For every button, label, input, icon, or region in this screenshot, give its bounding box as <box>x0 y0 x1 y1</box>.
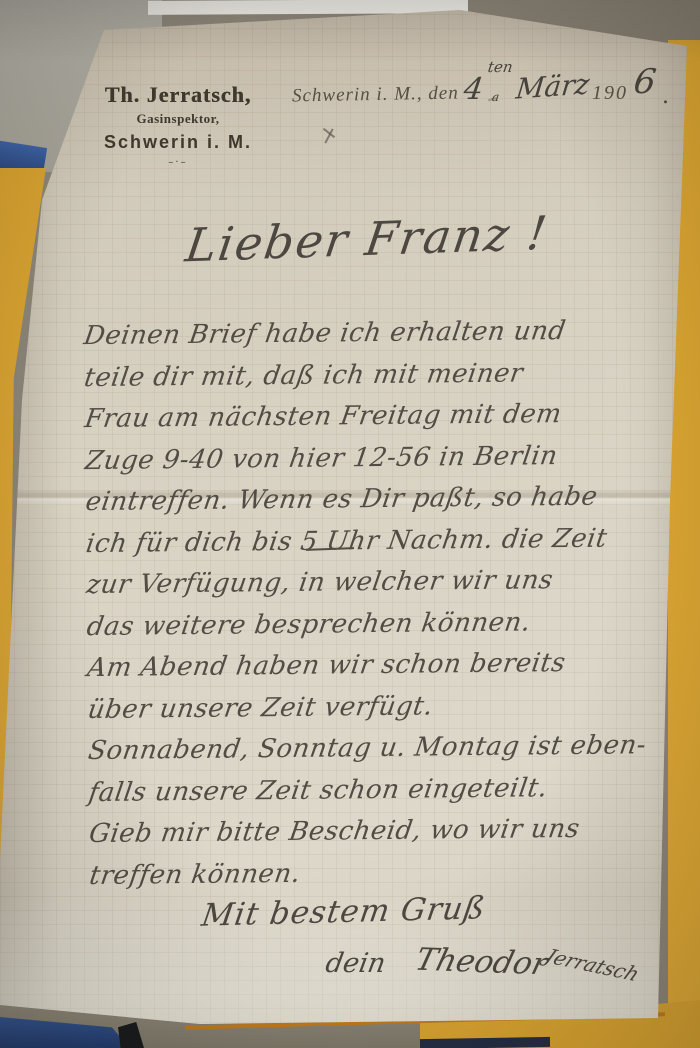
letter-line: teile dir mit, daß ich mit meiner <box>81 356 672 404</box>
letter-line: ich für dich bis 5 Uhr Nachm. die Zeit <box>82 522 673 570</box>
letterhead: Th. Jerratsch, Gasinspektor, Schwerin i.… <box>58 82 298 168</box>
signature: dein Theodor Jerratsch <box>326 944 640 980</box>
signature-first-name: Theodor <box>412 942 552 982</box>
letter-line: Gieb mir bitte Bescheid, wo wir uns <box>85 813 676 861</box>
letter-sheet: Th. Jerratsch, Gasinspektor, Schwerin i.… <box>0 0 700 1048</box>
letter-line: über unsere Zeit verfügt. <box>84 688 675 736</box>
signature-last-name: Jerratsch <box>542 944 644 986</box>
letter-line: zur Verfügung, in welcher wir uns <box>83 564 674 612</box>
closing: Mit bestem Gruß <box>199 890 488 934</box>
letterhead-ornament: –·– <box>58 157 298 168</box>
letter-line: falls unsere Zeit schon eingeteilt. <box>85 771 676 819</box>
dateline-printed-year: 190 <box>592 82 628 105</box>
letterhead-city: Schwerin i. M. <box>58 132 298 153</box>
letter-line: Sonnabend, Sonntag u. Montag ist eben- <box>84 730 675 778</box>
dateline-insertion-mark: a <box>491 90 500 104</box>
dateline-printed-place: Schwerin i. M., den <box>292 83 459 108</box>
signature-pre: dein <box>323 948 388 979</box>
salutation: Lieber Franz ! <box>182 206 551 273</box>
letterhead-title: Gasinspektor, <box>58 111 298 127</box>
dateline-day: 4 <box>462 72 486 107</box>
letter-line: das weitere besprechen können. <box>83 605 674 653</box>
dateline-period: . <box>662 84 669 109</box>
dateline-month: März <box>514 67 591 105</box>
dateline-ordinal: ten <box>487 58 514 76</box>
letter-photograph: Th. Jerratsch, Gasinspektor, Schwerin i.… <box>0 0 700 1048</box>
letter-line: Deinen Brief habe ich erhalten und <box>80 315 671 363</box>
letter-line: Frau am nächsten Freitag mit dem <box>81 398 672 446</box>
letter-line: Zuge 9-40 von hier 12-56 in Berlin <box>81 439 672 487</box>
book-edge-shadow <box>420 1037 550 1048</box>
letterhead-name: Th. Jerratsch, <box>58 82 298 108</box>
letter-line: Am Abend haben wir schon bereits <box>84 647 675 695</box>
letter-body: Deinen Brief habe ich erhalten und teile… <box>83 315 674 902</box>
dateline-year-digit: 6 <box>631 62 658 102</box>
letter-line: eintreffen. Wenn es Dir paßt, so habe <box>82 481 673 529</box>
